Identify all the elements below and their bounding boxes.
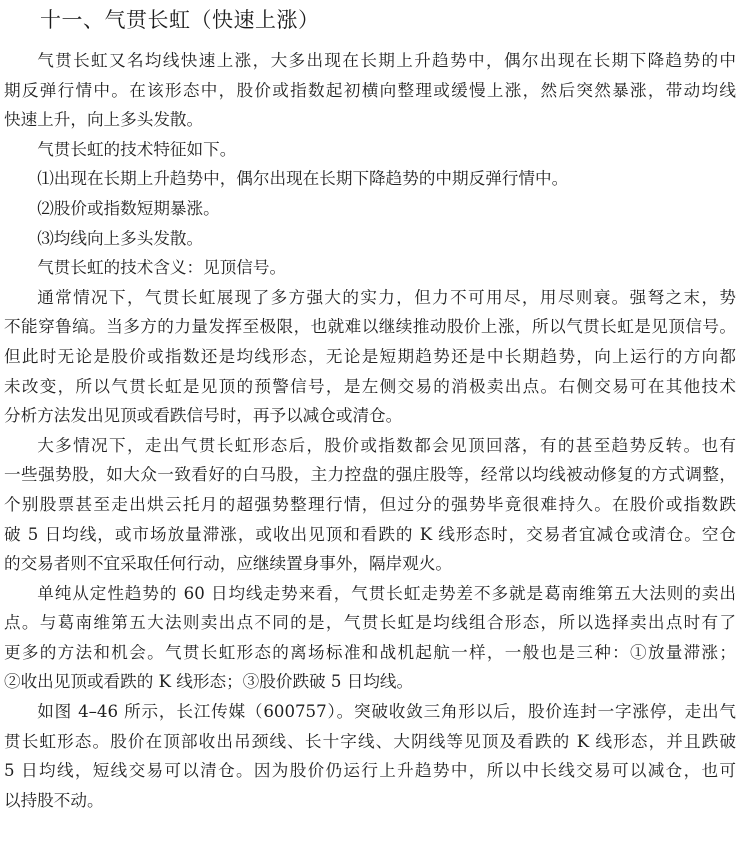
paragraph-meaning: 气贯长虹的技术含义：见顶信号。	[4, 253, 736, 283]
text-line: ⑴出现在长期上升趋势中，偶尔出现在长期下降趋势的中期反弹行情中。	[4, 164, 736, 194]
text-line: 更多的方法和机会。气贯长虹形态的离场标准和战机起航一样，一般也是三种：①放量滞涨…	[4, 638, 736, 668]
text-line: 的交易者则不宜采取任何行动，应继续置身事外，隔岸观火。	[4, 549, 736, 579]
text-line: 大多情况下，走出气贯长虹形态后，股价或指数都会见顶回落，有的甚至趋势反转。也有	[4, 431, 736, 461]
paragraph-intro: 气贯长虹又名均线快速上涨，大多出现在长期上升趋势中，偶尔出现在长期下降趋势的中 …	[4, 46, 736, 135]
text-line: 气贯长虹的技术含义：见顶信号。	[4, 253, 736, 283]
text-line: 气贯长虹的技术特征如下。	[4, 135, 736, 165]
paragraph-most-cases: 大多情况下，走出气贯长虹形态后，股价或指数都会见顶回落，有的甚至趋势反转。也有 …	[4, 431, 736, 579]
text-line: ②收出见顶或看跌的 K 线形态；③股价跌破 5 日均线。	[4, 667, 736, 697]
text-line: 一些强势股，如大众一致看好的白马股，主力控盘的强庄股等，经常以均线被动修复的方式…	[4, 460, 736, 490]
text-line: 分析方法发出见顶或看跌信号时，再予以减仓或清仓。	[4, 401, 736, 431]
body-text: 气贯长虹又名均线快速上涨，大多出现在长期上升趋势中，偶尔出现在长期下降趋势的中 …	[4, 46, 736, 815]
text-line: 但此时无论是股价或指数还是均线形态，无论是短期趋势还是中长期趋势，向上运行的方向…	[4, 342, 736, 372]
section-title: 十一、气贯长虹（快速上涨）	[40, 4, 320, 34]
text-line: 单纯从定性趋势的 60 日均线走势来看，气贯长虹走势差不多就是葛南维第五大法则的…	[4, 579, 736, 609]
text-line: 如图 4–46 所示，长江传媒（600757）。突破收敛三角形以后，股价连封一字…	[4, 697, 736, 727]
text-line: 未改变，所以气贯长虹是见顶的预警信号，是左侧交易的消极卖出点。右侧交易可在其他技…	[4, 372, 736, 402]
text-line: 个别股票甚至走出烘云托月的超强势整理行情，但过分的强势毕竟很难持久。在股价或指数…	[4, 490, 736, 520]
paragraph-normal-case: 通常情况下，气贯长虹展现了多方强大的实力，但力不可用尽，用尽则衰。强弩之末，势 …	[4, 283, 736, 431]
text-line: ⑵股价或指数短期暴涨。	[4, 194, 736, 224]
list-item-feature-1: ⑴出现在长期上升趋势中，偶尔出现在长期下降趋势的中期反弹行情中。	[4, 164, 736, 194]
text-line: 不能穿鲁缟。当多方的力量发挥至极限，也就难以继续推动股价上涨，所以气贯长虹是见顶…	[4, 312, 736, 342]
text-line: 破 5 日均线，或市场放量滞涨，或收出见顶和看跌的 K 线形态时，交易者宜减仓或…	[4, 520, 736, 550]
text-line: 快速上升，向上多头发散。	[4, 105, 736, 135]
text-line: 期反弹行情中。在该形态中，股价或指数起初横向整理或缓慢上涨，然后突然暴涨，带动均…	[4, 76, 736, 106]
document-page: 十一、气贯长虹（快速上涨） 气贯长虹又名均线快速上涨，大多出现在长期上升趋势中，…	[0, 0, 739, 864]
paragraph-features-heading: 气贯长虹的技术特征如下。	[4, 135, 736, 165]
list-item-feature-2: ⑵股价或指数短期暴涨。	[4, 194, 736, 224]
text-line: 气贯长虹又名均线快速上涨，大多出现在长期上升趋势中，偶尔出现在长期下降趋势的中	[4, 46, 736, 76]
text-line: 通常情况下，气贯长虹展现了多方强大的实力，但力不可用尽，用尽则衰。强弩之末，势	[4, 283, 736, 313]
paragraph-granville: 单纯从定性趋势的 60 日均线走势来看，气贯长虹走势差不多就是葛南维第五大法则的…	[4, 579, 736, 697]
text-line: 以持股不动。	[4, 786, 736, 816]
text-line: 贯长虹形态。股价在顶部收出吊颈线、长十字线、大阴线等见顶及看跌的 K 线形态，并…	[4, 727, 736, 757]
text-line: ⑶均线向上多头发散。	[4, 224, 736, 254]
text-line: 点。与葛南维第五大法则卖出点不同的是，气贯长虹是均线组合形态，所以选择卖出点时有…	[4, 608, 736, 638]
text-line: 5 日均线，短线交易可以清仓。因为股价仍运行上升趋势中，所以中长线交易可以减仓，…	[4, 756, 736, 786]
paragraph-example: 如图 4–46 所示，长江传媒（600757）。突破收敛三角形以后，股价连封一字…	[4, 697, 736, 815]
list-item-feature-3: ⑶均线向上多头发散。	[4, 224, 736, 254]
